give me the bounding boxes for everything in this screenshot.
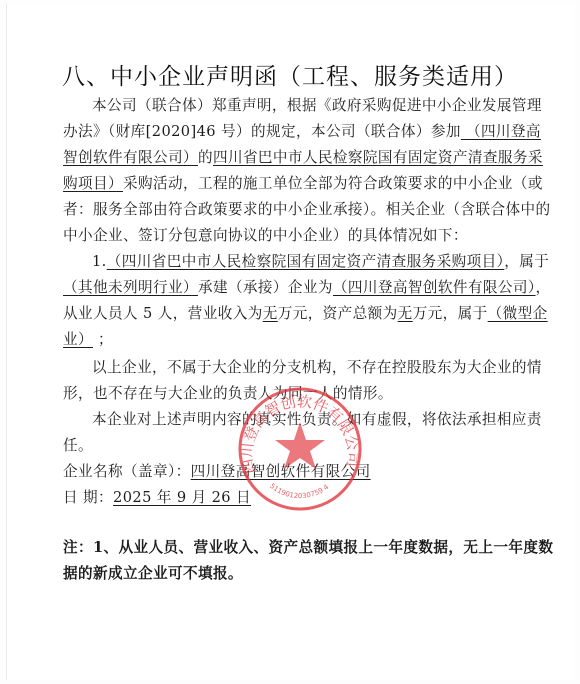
underlined-industry: （其他未列明行业）	[63, 279, 198, 296]
item1-line1: 1.（四川省巴中市人民检察院国有固定资产清查服务采购项目），属于	[92, 252, 508, 272]
text: 本企业对上述声明内容的真实性负责。如有虚假，将依法承担相应责	[92, 411, 542, 428]
item1-line2: （其他未列明行业）承建（承接）企业为（四川登高智创软件有限公司），	[63, 278, 508, 298]
text: ，	[536, 279, 551, 296]
para3-line2: 任。	[63, 436, 508, 456]
text: 承建（承接）企业为	[198, 279, 333, 296]
note-line2: 据的新成立企业可不填报。	[63, 564, 508, 584]
para3-line1: 本企业对上述声明内容的真实性负责。如有虚假，将依法承担相应责	[92, 410, 508, 430]
underlined-size: （微型企	[488, 305, 548, 322]
note-line1: 注：1、从业人员、营业收入、资产总额填报上一年度数据，无上一年度数	[63, 538, 533, 558]
document-title: 八、中小企业声明函（工程、服务类适用）	[0, 58, 580, 91]
text: ；	[93, 331, 113, 348]
underlined-project: （四川省巴中市人民检察院国有固定资产清查服务采购项目）	[107, 253, 505, 270]
underlined-project: 四川省巴中市人民检察院国有固定资产清查服务采	[213, 149, 543, 166]
underlined-company: 智创软件有限公司）	[63, 149, 198, 166]
item1-line4: 业） ；	[63, 330, 508, 350]
text: 以上企业，不属于大企业的分支机构，不存在控股股东为大企业的情	[92, 359, 542, 376]
text: 的	[198, 149, 213, 166]
text: 万元，属于	[413, 305, 488, 322]
underlined-revenue: 无	[263, 305, 278, 322]
text: 形，也不存在与大企业的负责人为同一人的情形。	[63, 385, 393, 402]
text: 据的新成立企业可不填报。	[63, 565, 243, 582]
text: 办法》（财库[2020]46 号）的规定，本公司（联合体）参加	[63, 123, 461, 140]
para1-line6: 中小企业、签订分包意向协议的中小企业）的具体情况如下：	[63, 226, 508, 246]
company-value: 四川登高智创软件有限公司	[191, 463, 371, 480]
text: 采购活动，工程的施工单位全部为符合政策要求的中小企业（或	[123, 175, 543, 192]
date-value: 2025 年 9 月 26 日	[113, 489, 251, 506]
para1-line3: 智创软件有限公司）的四川省巴中市人民检察院国有固定资产清查服务采	[63, 148, 508, 168]
date-line: 日 期：2025 年 9 月 26 日	[63, 488, 508, 508]
underlined-company: （四川登高	[461, 123, 541, 140]
para1-line5: 者：服务全部由符合政策要求的中小企业承接）。相关企业（含联合体中的	[63, 200, 508, 220]
para1-line2: 办法》（财库[2020]46 号）的规定，本公司（联合体）参加 （四川登高	[63, 122, 508, 142]
text: 从业人员人 5 人，营业收入为	[63, 305, 263, 322]
text: 中小企业、签订分包意向协议的中小企业）的具体情况如下：	[63, 227, 468, 244]
item-number: 1.	[92, 253, 107, 270]
para1-line4: 购项目）采购活动，工程的施工单位全部为符合政策要求的中小企业（或	[63, 174, 508, 194]
text: 任。	[63, 437, 93, 454]
underlined-assets: 无	[398, 305, 413, 322]
text: 万元，资产总额为	[278, 305, 398, 322]
text: ，属于	[504, 253, 549, 270]
date-label: 日 期：	[63, 489, 113, 506]
underlined-size: 业）	[63, 331, 93, 348]
text: 者：服务全部由符合政策要求的中小企业承接）。相关企业（含联合体中的	[63, 201, 551, 218]
item1-line3: 从业人员人 5 人，营业收入为无万元，资产总额为无万元，属于（微型企	[63, 304, 508, 324]
para2-line2: 形，也不存在与大企业的负责人为同一人的情形。	[63, 384, 508, 404]
para2-line1: 以上企业，不属于大企业的分支机构，不存在控股股东为大企业的情	[92, 358, 508, 378]
company-name-line: 企业名称（盖章）：四川登高智创软件有限公司	[63, 462, 508, 482]
text: 本公司（联合体）郑重声明，根据《政府采购促进中小企业发展管理	[92, 97, 542, 114]
underlined-project: 购项目）	[63, 175, 123, 192]
underlined-company: （四川登高智创软件有限公司）	[333, 279, 536, 296]
company-label: 企业名称（盖章）：	[63, 463, 191, 480]
text: 注：1、从业人员、营业收入、资产总额填报上一年度数据，无上一年度数	[63, 539, 553, 556]
para1-line1: 本公司（联合体）郑重声明，根据《政府采购促进中小企业发展管理	[92, 96, 508, 116]
